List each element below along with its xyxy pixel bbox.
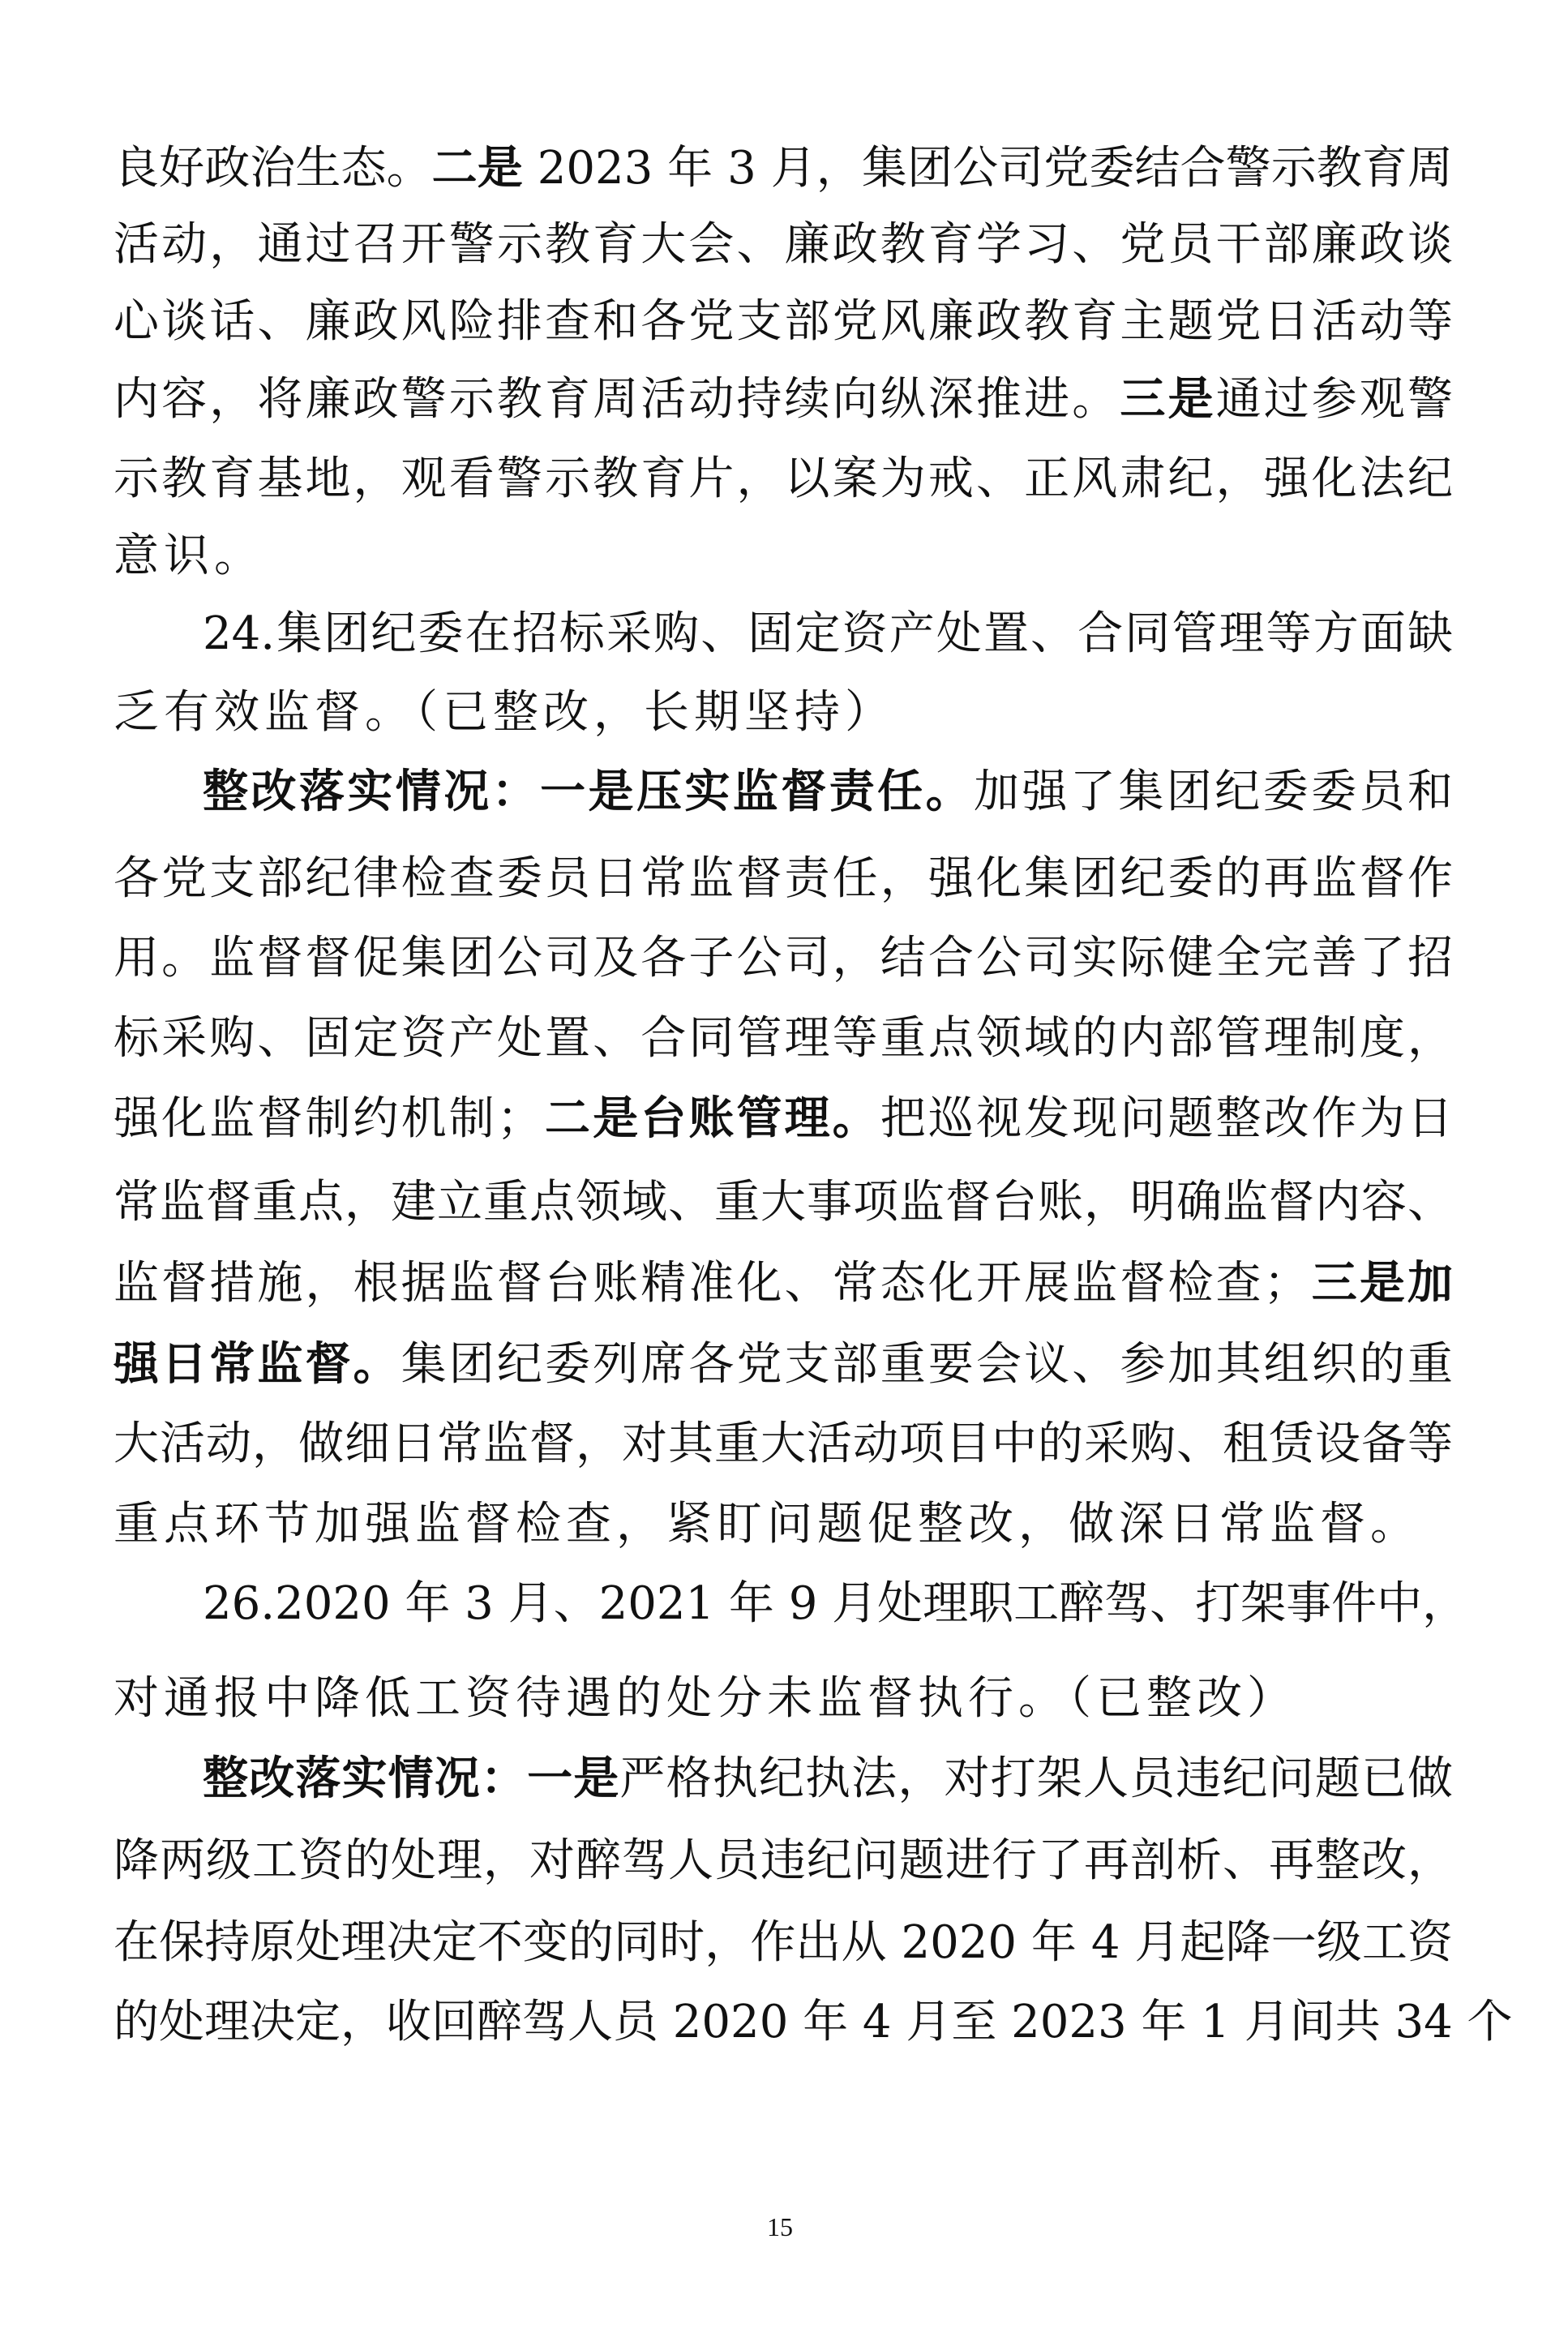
text-line: 心谈话、廉政风险排查和各党支部党风廉政教育主题党日活动等	[114, 294, 1453, 350]
text-line: 常监督重点，建立重点领域、重大事项监督台账，明确监督内容、	[114, 1174, 1453, 1231]
text-line: 用。监督督促集团公司及各子公司，结合公司实际健全完善了招	[114, 930, 1453, 987]
text-line: 的处理决定，收回醉驾人员 2020 年 4 月至 2023 年 1 月间共 34…	[114, 1994, 1453, 2051]
text-line: 强化监督制约机制；二是台账管理。把巡视发现问题整改作为日	[114, 1090, 1453, 1147]
text-line: 在保持原处理决定不变的同时，作出从 2020 年 4 月起降一级工资	[114, 1915, 1453, 1971]
text-line: 乏有效监督。（已整改，长期坚持）	[114, 684, 1453, 741]
text-segment: 监督措施，根据监督台账精准化、常态化开展监督检查；	[114, 1257, 1309, 1310]
text-line: 强日常监督。集团纪委列席各党支部重要会议、参加其组织的重	[114, 1336, 1453, 1392]
bold-text-segment: 三是加	[1309, 1256, 1453, 1310]
text-segment: 良好政治生态。	[114, 142, 432, 195]
bold-text-segment: 二是台账管理。	[542, 1092, 880, 1145]
text-segment: 24.集团纪委在招标采购、固定资产处置、合同管理等方面缺	[203, 607, 1453, 660]
text-segment: 乏有效监督。（已整改，长期坚持）	[114, 686, 895, 739]
text-segment: 对通报中降低工资待遇的处分未监督执行。（已整改）	[114, 1672, 1297, 1725]
text-segment: 加强了集团纪委委员和	[974, 766, 1453, 818]
text-line: 24.集团纪委在招标采购、固定资产处置、合同管理等方面缺	[203, 606, 1453, 663]
text-segment: 标采购、固定资产处置、合同管理等重点领域的内部管理制度，	[114, 1012, 1453, 1065]
text-line: 大活动，做细日常监督，对其重大活动项目中的采购、租赁设备等	[114, 1416, 1453, 1473]
text-segment: 集团纪委列席各党支部重要会议、参加其组织的重	[401, 1338, 1453, 1391]
text-line: 降两级工资的处理，对醉驾人员违纪问题进行了再剖析、再整改，	[114, 1833, 1453, 1889]
text-segment: 在保持原处理决定不变的同时，作出从 2020 年 4 月起降一级工资	[114, 1916, 1453, 1969]
text-segment: 用。监督督促集团公司及各子公司，结合公司实际健全完善了招	[114, 932, 1453, 984]
text-segment: 严格执纪执法，对打架人员违纪问题已做	[619, 1752, 1453, 1805]
text-segment: 2023 年 3 月，集团公司党委结合警示教育周	[523, 142, 1453, 195]
text-line: 监督措施，根据监督台账精准化、常态化开展监督检查；三是加	[114, 1255, 1453, 1311]
bold-text-segment: 整改落实情况：一是	[203, 1752, 619, 1805]
text-segment: 心谈话、廉政风险排查和各党支部党风廉政教育主题党日活动等	[114, 295, 1453, 348]
text-line: 各党支部纪律检查委员日常监督责任，强化集团纪委的再监督作	[114, 851, 1453, 907]
text-line: 示教育基地，观看警示教育片，以案为戒、正风肃纪，强化法纪	[114, 451, 1453, 508]
text-line: 内容，将廉政警示教育周活动持续向纵深推进。三是通过参观警	[114, 371, 1453, 427]
text-segment: 内容，将廉政警示教育周活动持续向纵深推进。	[114, 373, 1120, 426]
text-line: 活动，通过召开警示教育大会、廉政教育学习、党员干部廉政谈	[114, 217, 1453, 273]
text-line: 整改落实情况：一是严格执纪执法，对打架人员违纪问题已做	[203, 1750, 1453, 1807]
document-page: 良好政治生态。二是 2023 年 3 月，集团公司党委结合警示教育周活动，通过召…	[0, 0, 1568, 2342]
text-line: 重点环节加强监督检查，紧盯问题促整改，做深日常监督。	[114, 1496, 1453, 1553]
text-line: 意识。	[114, 528, 1453, 585]
text-line: 26.2020 年 3 月、2021 年 9 月处理职工醉驾、打架事件中，	[203, 1576, 1453, 1632]
text-segment: 示教育基地，观看警示教育片，以案为戒、正风肃纪，强化法纪	[114, 453, 1453, 505]
page-number: 15	[754, 2212, 806, 2242]
text-segment: 把巡视发现问题整改作为日	[880, 1092, 1453, 1145]
text-segment: 常监督重点，建立重点领域、重大事项监督台账，明确监督内容、	[114, 1176, 1453, 1229]
bold-text-segment: 强日常监督。	[114, 1337, 401, 1391]
text-segment: 意识。	[114, 530, 264, 582]
text-segment: 大活动，做细日常监督，对其重大活动项目中的采购、租赁设备等	[114, 1418, 1453, 1470]
text-segment: 通过参观警	[1216, 373, 1453, 426]
text-segment: 的处理决定，收回醉驾人员 2020 年 4 月至 2023 年 1 月间共 34…	[114, 1996, 1513, 2048]
text-segment: 强化监督制约机制；	[114, 1092, 542, 1145]
text-segment: 各党支部纪律检查委员日常监督责任，强化集团纪委的再监督作	[114, 852, 1453, 905]
text-line: 对通报中降低工资待遇的处分未监督执行。（已整改）	[114, 1671, 1453, 1727]
bold-text-segment: 整改落实情况：一是压实监督责任。	[203, 765, 974, 818]
text-segment: 降两级工资的处理，对醉驾人员违纪问题进行了再剖析、再整改，	[114, 1834, 1453, 1887]
text-line: 良好政治生态。二是 2023 年 3 月，集团公司党委结合警示教育周	[114, 139, 1453, 196]
bold-text-segment: 三是	[1120, 372, 1215, 426]
text-segment: 重点环节加强监督检查，紧盯问题促整改，做深日常监督。	[114, 1498, 1420, 1551]
text-segment: 活动，通过召开警示教育大会、廉政教育学习、党员干部廉政谈	[114, 218, 1453, 271]
bold-text-segment: 二是	[432, 141, 523, 195]
text-segment: 26.2020 年 3 月、2021 年 9 月处理职工醉驾、打架事件中，	[203, 1577, 1467, 1630]
text-line: 标采购、固定资产处置、合同管理等重点领域的内部管理制度，	[114, 1010, 1453, 1067]
text-line: 整改落实情况：一是压实监督责任。加强了集团纪委委员和	[203, 763, 1453, 820]
